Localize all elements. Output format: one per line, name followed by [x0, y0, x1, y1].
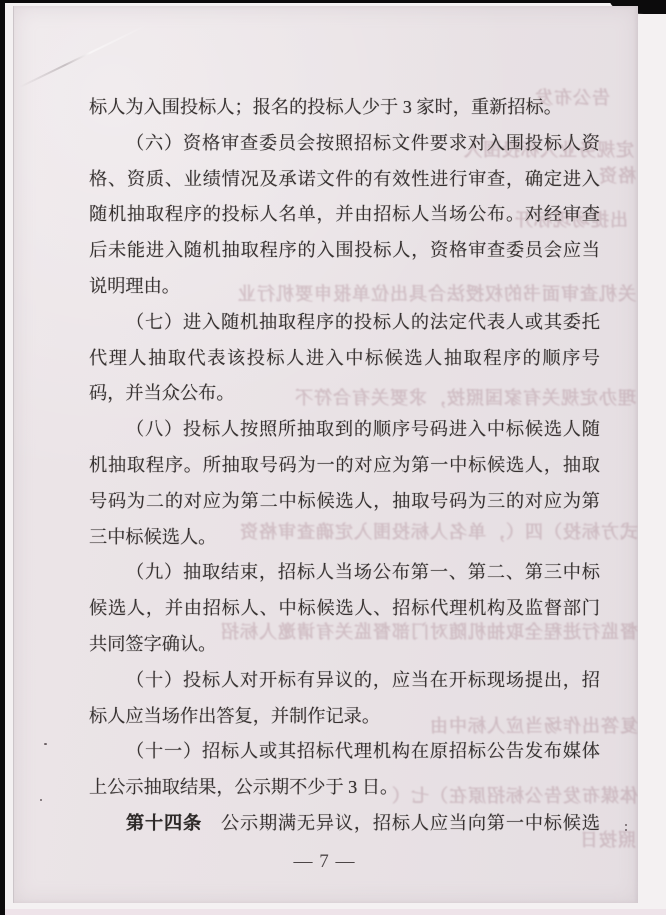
- document-page: 告公布发定规务业人标投围入格资出提场现标开关机查审面书的权授法合具出位单报申要机…: [13, 6, 638, 903]
- text-line: 随机抽取程序的投标人名单，并由招标人当场公布。对经审查: [89, 197, 600, 233]
- text-line: 标人应当场作出答复，并制作记录。: [89, 699, 600, 735]
- text-line: 号码为二的对应为第二中标候选人，抽取号码为三的对应为第: [89, 484, 600, 520]
- text-line: （六）资格审查委员会按照招标文件要求对入围投标人资: [89, 126, 600, 162]
- page-number: — 7 —: [69, 851, 580, 873]
- bleedthrough-text: 格资: [598, 162, 636, 188]
- text-line: 格、资质、业绩情况及承诺文件的有效性进行审查，确定进入: [89, 162, 600, 198]
- text-line: （八）投标人按照所抽取到的顺序号码进入中标候选人随: [89, 412, 600, 448]
- text-line: 标人为入围投标人；报名的投标人少于 3 家时，重新招标。: [89, 90, 600, 126]
- text-line: （十）投标人对开标有异议的，应当在开标现场提出，招: [89, 663, 600, 699]
- text-line: 说明理由。: [89, 269, 600, 305]
- text-line: （九）抽取结束，招标人当场公布第一、第二、第三中标: [89, 555, 600, 591]
- document-text: 标人为入围投标人；报名的投标人少于 3 家时，重新招标。（六）资格审查委员会按照…: [89, 90, 600, 842]
- article-number: 第十四条: [126, 813, 202, 833]
- text-line: 后未能进入随机抽取程序的入围投标人，资格审查委员会应当: [89, 233, 600, 269]
- text-line: （七）进入随机抽取程序的投标人的法定代表人或其委托: [89, 305, 600, 341]
- text-line: 码，并当众公布。: [89, 376, 600, 412]
- text-line: 三中标候选人。: [89, 520, 600, 556]
- text-line: 机抽取程序。所抽取号码为一的对应为第一中标候选人，抽取: [89, 448, 600, 484]
- text-line: 第十四条 公示期满无异议，招标人应当向第一中标候选: [89, 806, 600, 842]
- text-line: 代理人抽取代表该投标人进入中标候选人抽取程序的顺序号: [89, 341, 600, 377]
- page-bottom-edge: [5, 909, 666, 915]
- scan-speck: [625, 824, 627, 826]
- scan-speck: [44, 743, 47, 745]
- text-line: 候选人，并由招标人、中标候选人、招标代理机构及监督部门: [89, 591, 600, 627]
- scan-speck: [40, 799, 42, 801]
- scan-speck: [625, 829, 627, 831]
- text-line: 共同签字确认。: [89, 627, 600, 663]
- text-line: （十一）招标人或其招标代理机构在原招标公告发布媒体: [89, 734, 600, 770]
- text-line: 上公示抽取结果，公示期不少于 3 日。: [89, 770, 600, 806]
